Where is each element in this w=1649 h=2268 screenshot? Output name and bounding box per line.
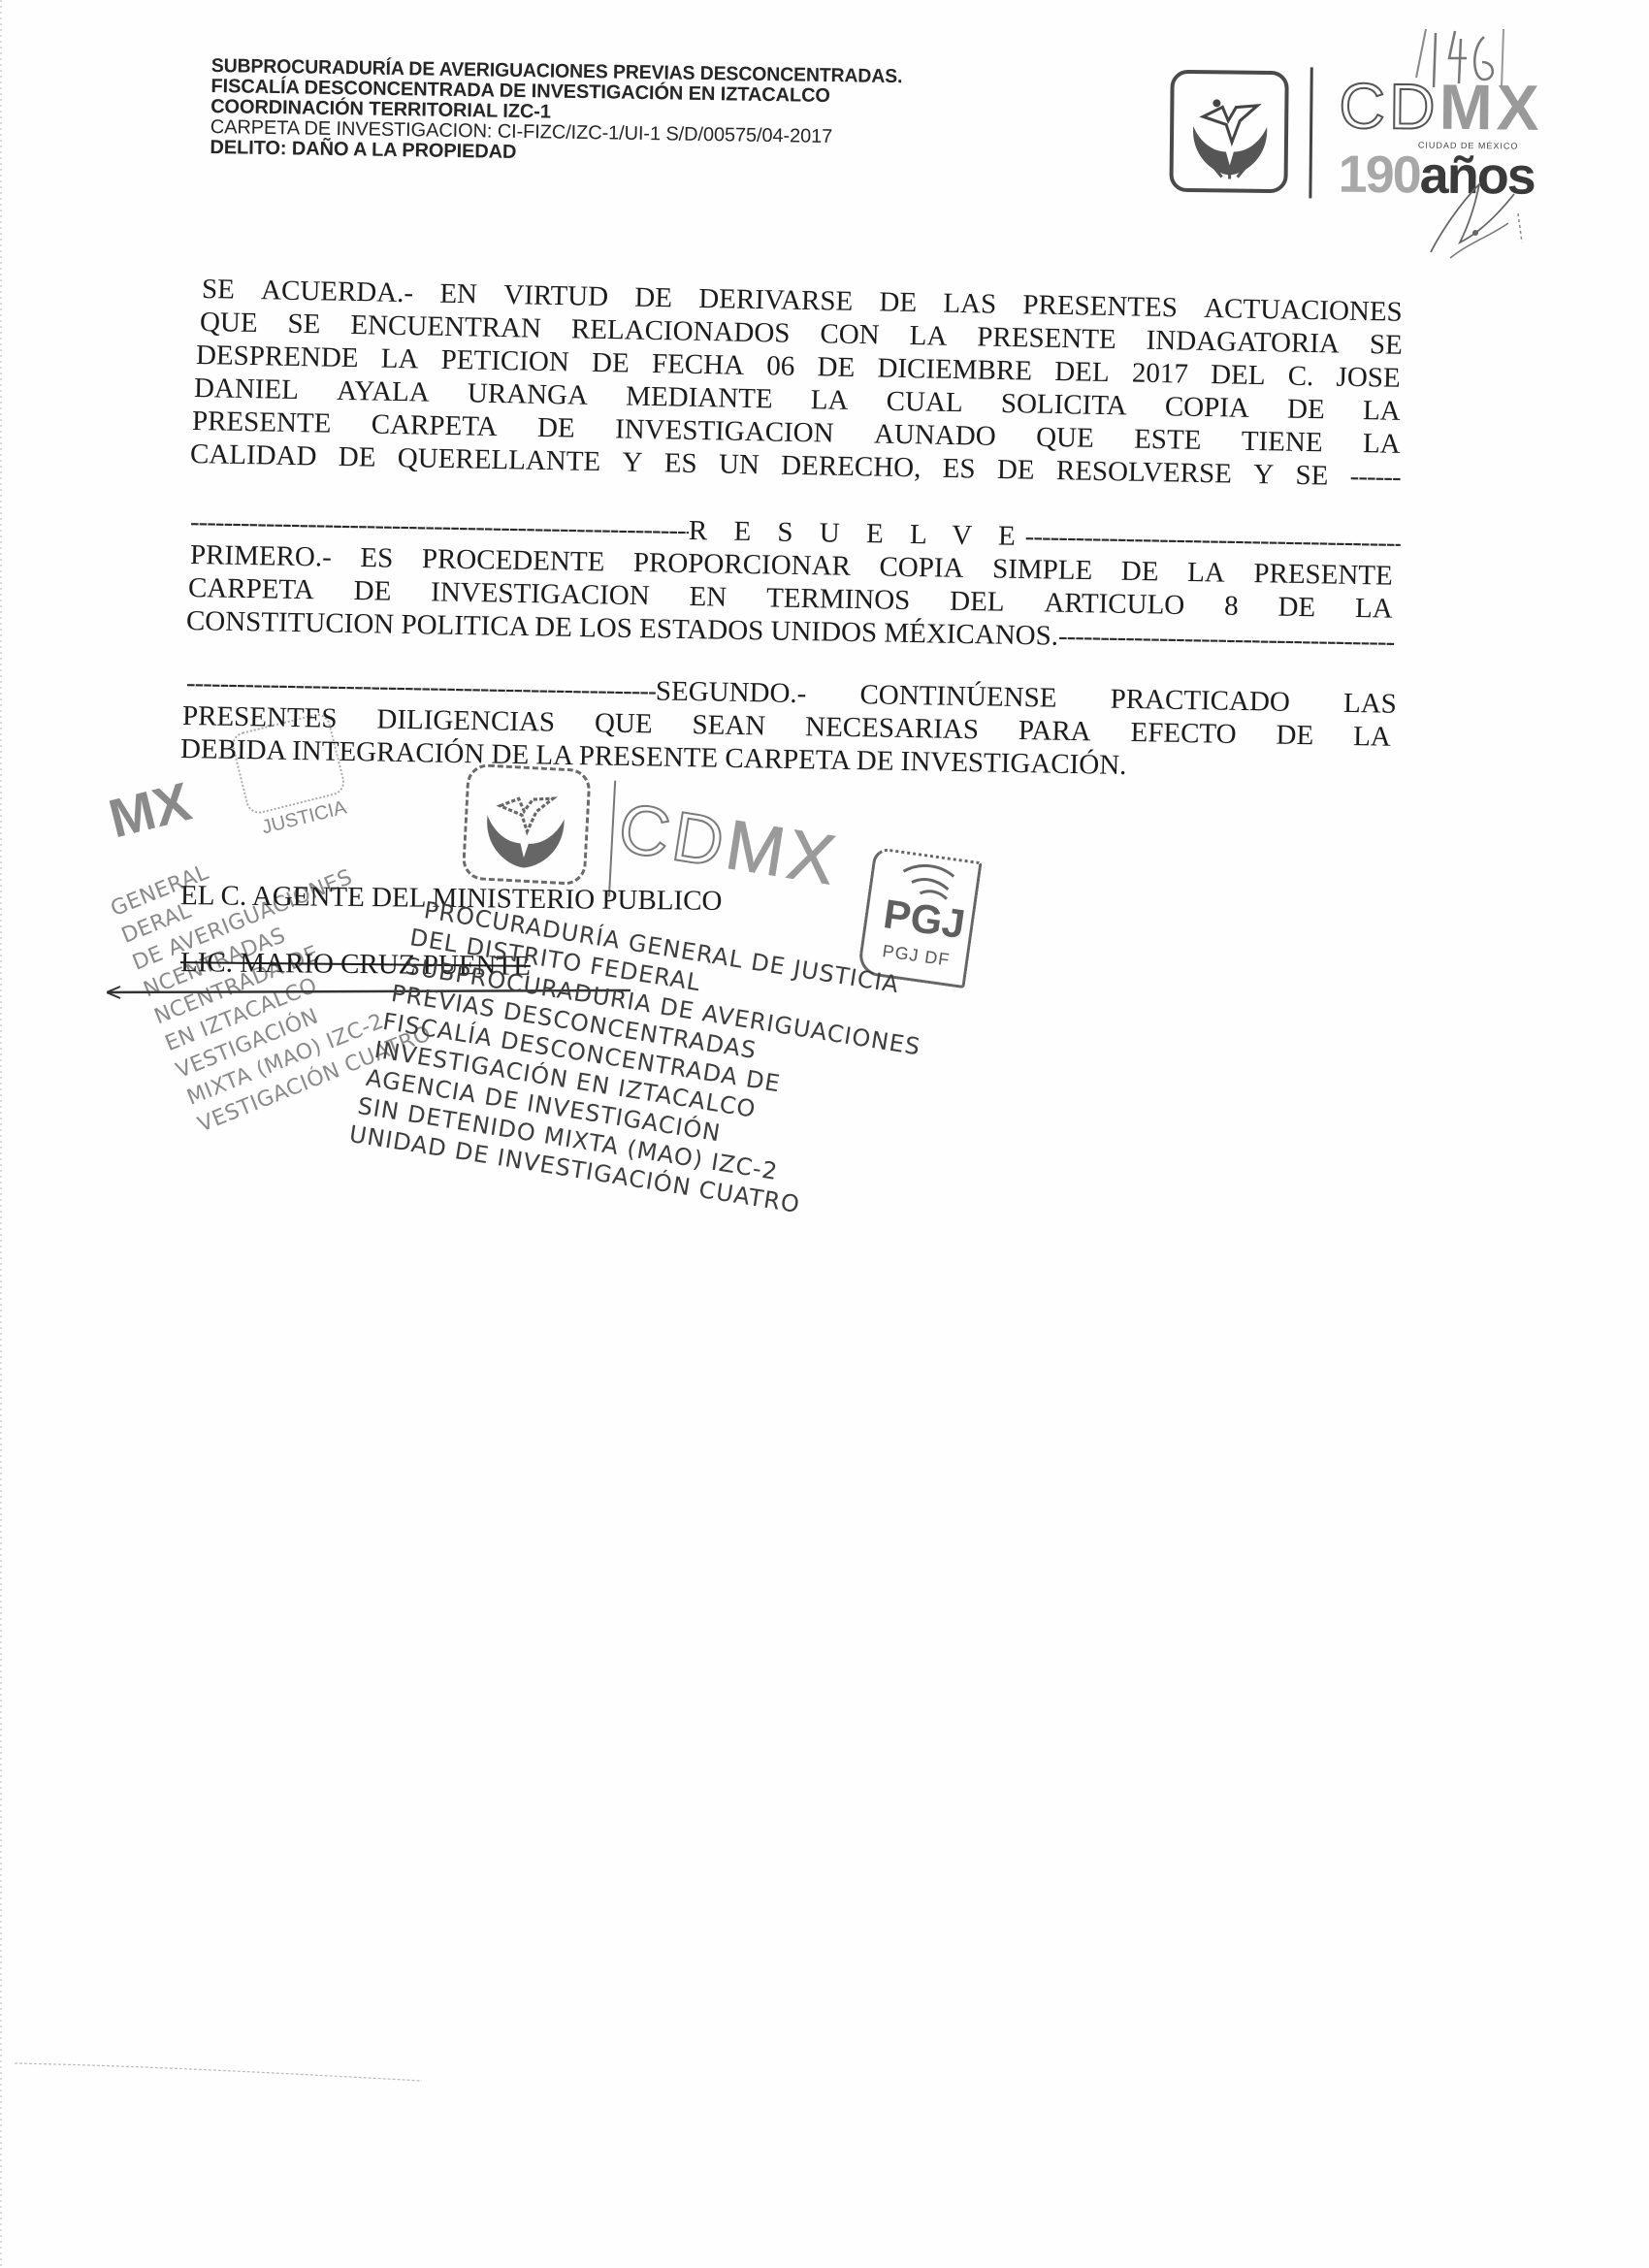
document-page: SUBPROCURADURÍA DE AVERIGUACIONES PREVIA…	[0, 0, 1649, 2268]
scan-artifact-line	[15, 2061, 422, 2090]
resolution-body: SEACUERDA.-ENVIRTUDDEDERIVARSEDELASPRESE…	[0, 0, 1649, 834]
resuelve-label: R E S U E L V E	[689, 515, 1025, 552]
